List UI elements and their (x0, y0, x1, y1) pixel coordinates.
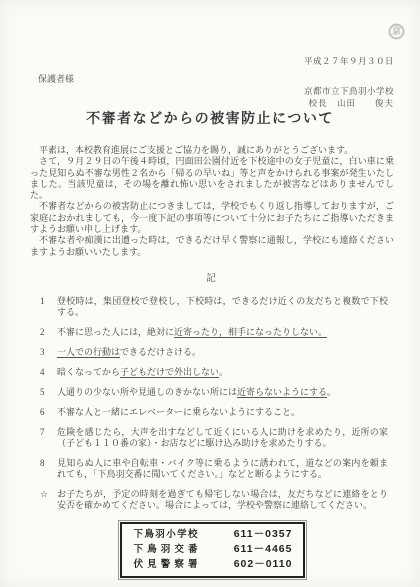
item-text: お子たちが，予定の時刻を過ぎても帰宅しない場合は，友だちなどに連絡をとり安否を確… (57, 489, 388, 511)
contact-name: 下鳥羽小学校 (134, 528, 198, 542)
item-marker: 7 (40, 427, 57, 449)
item-marker: 4 (40, 367, 57, 378)
contact-name: 伏見警察署 (134, 558, 198, 572)
item-marker: ☆ (40, 489, 57, 511)
list-item: ☆ お子たちが，予定の時刻を過ぎても帰宅しない場合は，友だちなどに連絡をとり安否… (40, 489, 388, 511)
list-item: 2 不審に思った人には，絶対に近寄ったり，相手になったりしない。 (40, 327, 388, 338)
contact-number: 611－4465 (234, 542, 293, 556)
item-marker: 5 (40, 387, 57, 398)
list-item: 3 一人での行動はできるだけさける。 (40, 347, 388, 358)
paragraph-greeting: 平素は，本校教育進展にご支援とご協力を賜り，誠にありがとうございます。 (30, 145, 394, 156)
paragraph-report: 不審な者や痴漢に出遭った時は，できるだけ早く警察に通報し，学校にも連絡くださいま… (30, 235, 394, 258)
list-item: 5 人通りの少ない所や見通しのきかない所には近寄らないようにする。 (40, 387, 388, 398)
item-text: 一人での行動はできるだけさける。 (57, 347, 388, 358)
circular-seal-stamp: 京 (389, 24, 404, 39)
list-item: 6 不審な人と一緒にエレベーターに乗らないようにすること。 (40, 407, 388, 418)
item-marker: 2 (40, 327, 57, 338)
scanned-notice-page: { "doc": { "stamp_char": "京", "date": "平… (0, 0, 420, 587)
item-text: 不審な人と一緒にエレベーターに乗らないようにすること。 (57, 407, 388, 418)
item-text: 人通りの少ない所や見通しのきかない所には近寄らないようにする。 (57, 387, 388, 398)
list-item: 8 見知らぬ人に車や自転車・バイク等に乗るように誘われて，道などの案内を頼まれて… (40, 458, 388, 480)
item-text: 危険を感じたら，大声を出すなどして近くにいる人に助けを求めたり，近所の家（子ども… (57, 427, 388, 449)
ki-heading: 記 (30, 270, 394, 284)
addressee: 保護者様 (38, 72, 74, 85)
contact-row: 下鳥羽小学校 611－0357 (134, 527, 293, 542)
sender-school: 京都市立下鳥羽小学校 (304, 85, 394, 97)
document-body: 平素は，本校教育進展にご支援とご協力を賜り，誠にありがとうございます。 さて，９… (30, 145, 394, 580)
safety-instruction-list: 1 登校時は，集団登校で登校し，下校時は，できるだけ近くの友だちと複数で下校する… (30, 296, 394, 511)
contact-row: 下鳥羽交番 611－4465 (134, 542, 293, 557)
list-item: 1 登校時は，集団登校で登校し，下校時は，できるだけ近くの友だちと複数で下校する… (40, 296, 388, 318)
item-text: 不審に思った人には，絶対に近寄ったり，相手になったりしない。 (57, 327, 388, 338)
item-marker: 6 (40, 407, 57, 418)
document-title: 不審者などからの被害防止について (0, 108, 420, 128)
contact-row: 伏見警察署 602－0110 (134, 557, 293, 572)
stamp-character: 京 (392, 27, 401, 36)
item-text: 見知らぬ人に車や自転車・バイク等に乗るように誘われて，道などの案内を頼まれても，… (57, 458, 388, 480)
item-marker: 8 (40, 458, 57, 480)
contact-number: 602－0110 (234, 557, 293, 571)
item-text: 暗くなってから子どもだけで外出しない。 (57, 367, 388, 378)
item-marker: 3 (40, 347, 57, 358)
emergency-contact-box-inner: 下鳥羽小学校 611－0357 下鳥羽交番 611－4465 伏見警察署 602… (120, 522, 305, 578)
list-item: 4 暗くなってから子どもだけで外出しない。 (40, 367, 388, 378)
emergency-contact-box: 下鳥羽小学校 611－0357 下鳥羽交番 611－4465 伏見警察署 602… (118, 520, 307, 580)
paragraph-incident: さて，９月２９日の午後４時頃，円面田公園付近を下校途中の女子児童に，白い車に乗っ… (30, 156, 394, 201)
list-item: 7 危険を感じたら，大声を出すなどして近くにいる人に助けを求めたり，近所の家（子… (40, 427, 388, 449)
document-date: 平成２７年９月３０日 (304, 55, 394, 67)
item-marker: 1 (40, 296, 57, 318)
paragraph-request: 不審者などからの被害防止につきましては，学校でもくり返し指導しておりますが，ご家… (30, 201, 394, 235)
contact-name: 下鳥羽交番 (134, 543, 198, 557)
item-text: 登校時は，集団登校で登校し，下校時は，できるだけ近くの友だちと複数で下校する。 (57, 296, 388, 318)
contact-number: 611－0357 (234, 527, 293, 541)
